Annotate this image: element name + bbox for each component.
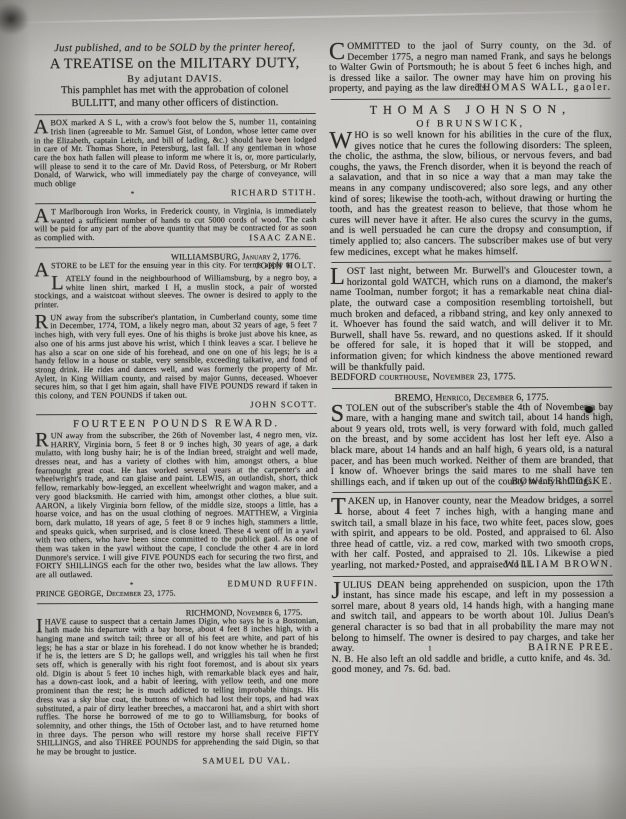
drop-cap: R xyxy=(35,314,51,330)
left-column: Just published, and to be SOLD by the pr… xyxy=(33,42,319,770)
drop-cap: I xyxy=(36,618,45,634)
signature: SAMUEL DU VAL. xyxy=(202,756,319,766)
ad-lately-found: LATELY found in the neighbourhood of Wil… xyxy=(34,274,317,310)
ad-text: BOX marked A S L, with a crow's foot bel… xyxy=(34,117,317,188)
printer-mark: * xyxy=(34,189,231,199)
section-rule xyxy=(332,491,613,493)
drop-cap: J xyxy=(331,581,343,600)
ad-julius-dean-escape: JULIUS DEAN being apprehended on suspici… xyxy=(331,579,614,676)
signature: JOHN SCOTT. xyxy=(250,400,317,409)
drop-cap: W xyxy=(329,131,354,151)
headline: THOMAS JOHNSON, xyxy=(329,103,612,118)
headline: Just published, and to be SOLD by the pr… xyxy=(33,42,316,55)
signature-row: JOHN SCOTT. xyxy=(35,400,318,410)
ad-store-to-let: WILLIAMSBURG, January 2, 1776.ASTORE to … xyxy=(34,251,317,271)
ad-committed-surry-jaol: COMMITTED to the jaol of Surry county, o… xyxy=(329,41,612,95)
drop-cap: R xyxy=(35,432,51,448)
ad-body: RUN away from the subscriber's plantatio… xyxy=(35,313,318,401)
drop-cap: A xyxy=(34,119,51,135)
ad-text: HAVE cause to suspect that a certain Jam… xyxy=(36,616,319,757)
ad-body: RUN away from the subscriber, the 26th o… xyxy=(35,431,318,580)
printer-mark xyxy=(37,763,203,764)
ad-body: IHAVE cause to suspect that a certain Ja… xyxy=(36,617,319,757)
ad-text: ATELY found in the neighbourhood of Will… xyxy=(35,273,318,309)
ink-smudge-corner xyxy=(0,2,30,36)
ad-text: UN away from the subscriber, the 26th of… xyxy=(35,430,318,579)
ad-text: TOLEN out of the subscriber's stable the… xyxy=(331,401,614,487)
ad-body: WHO is so well known for his abilities i… xyxy=(329,130,612,258)
section-rule xyxy=(332,574,613,576)
ad-body: LATELY found in the neighbourhood of Wil… xyxy=(34,274,317,310)
headline: This pamphlet has met with the approbati… xyxy=(34,84,317,98)
ad-thomas-johnson-cures: THOMAS JOHNSON,Of BRUNSWICK,WHO is so we… xyxy=(329,103,612,258)
ad-treatise-military-duty: Just published, and to be SOLD by the pr… xyxy=(33,42,316,110)
signature: RICHARD STITH. xyxy=(231,188,317,197)
paper-fold-crease xyxy=(0,10,626,24)
section-rule xyxy=(35,246,316,248)
drop-cap: S xyxy=(330,404,346,424)
signature: ISAAC ZANE. xyxy=(249,233,316,242)
signature-row: SAMUEL DU VAL. xyxy=(37,756,320,766)
drop-cap: A xyxy=(34,208,51,224)
drop-cap: A xyxy=(34,262,51,278)
ad-marlborough-iron-works: AT Marlborough Iron Works, in Frederick … xyxy=(34,207,317,243)
drop-cap: C xyxy=(329,42,347,62)
ad-lost-gold-watch: LOST last night, between Mr. Burwell's a… xyxy=(330,266,613,384)
ad-run-away-tom: RUN away from the subscriber's plantatio… xyxy=(35,313,318,410)
signature: JOHN HOLT. xyxy=(256,261,317,270)
signature-row: *RICHARD STITH. xyxy=(34,188,317,199)
ad-body: ABOX marked A S L, with a crow's foot be… xyxy=(34,118,317,189)
ad-text: HO is so well known for his abilities in… xyxy=(329,129,612,258)
signature: WILLIAM BROWN. xyxy=(505,560,614,571)
right-column: COMMITTED to the jaol of Surry county, o… xyxy=(329,41,615,769)
signature: EDMUND RUFFIN. xyxy=(227,579,318,588)
ad-james-digin-horse: RICHMOND, November 6, 1775.IHAVE cause t… xyxy=(36,607,319,766)
printer-mark xyxy=(35,407,250,408)
section-rule xyxy=(37,602,318,604)
column-layout: Just published, and to be SOLD by the pr… xyxy=(33,41,614,770)
post-line: BEDFORD courthouse, November 23, 1775. xyxy=(330,372,613,384)
section-rule xyxy=(35,202,316,204)
drop-cap: T xyxy=(331,497,348,517)
post-line: N. B. He also left an old saddle and bri… xyxy=(332,653,615,675)
headline: A TREATISE on the MILITARY DUTY, xyxy=(33,55,316,73)
signature-row: *WILLIAM BROWN. xyxy=(331,560,614,572)
signature-row: 3BOWLER COCKE. xyxy=(331,477,614,489)
ad-box-marked-asl: ABOX marked A S L, with a crow's foot be… xyxy=(34,118,317,199)
printer-mark: * xyxy=(331,560,504,571)
drop-cap: L xyxy=(330,267,347,287)
ad-stolen-mares-bremo: BREMO, Henrico, December 6, 1775.STOLEN … xyxy=(330,391,613,488)
section-rule xyxy=(330,98,611,100)
post-line: PRINCE GEORGE, December 23, 1775. xyxy=(36,589,319,599)
headline: BULLITT, and many other officers of dist… xyxy=(34,97,317,111)
ad-text: OST last night, between Mr. Burwell's an… xyxy=(330,265,613,373)
ad-fourteen-pounds-reward: FOURTEEN POUNDS REWARD.RUN away from the… xyxy=(35,418,318,599)
section-rule xyxy=(331,261,612,263)
signature: BOWLER COCKE. xyxy=(511,477,613,488)
section-rule xyxy=(36,413,317,415)
section-rule xyxy=(331,386,612,388)
ad-body: LOST last night, between Mr. Burwell's a… xyxy=(330,266,613,373)
signature: THOMAS WALL, gaoler. xyxy=(475,83,611,94)
section-rule xyxy=(35,113,316,115)
paper-stain xyxy=(120,770,300,800)
printer-mark: 3 xyxy=(331,477,512,488)
newspaper-page: Just published, and to be SOLD by the pr… xyxy=(0,0,626,819)
ad-text: UN away from the subscriber's plantation… xyxy=(35,312,318,401)
ad-taken-up-hanover: TAKEN up, in Hanover county, near the Me… xyxy=(331,496,614,571)
drop-cap: L xyxy=(51,275,66,291)
